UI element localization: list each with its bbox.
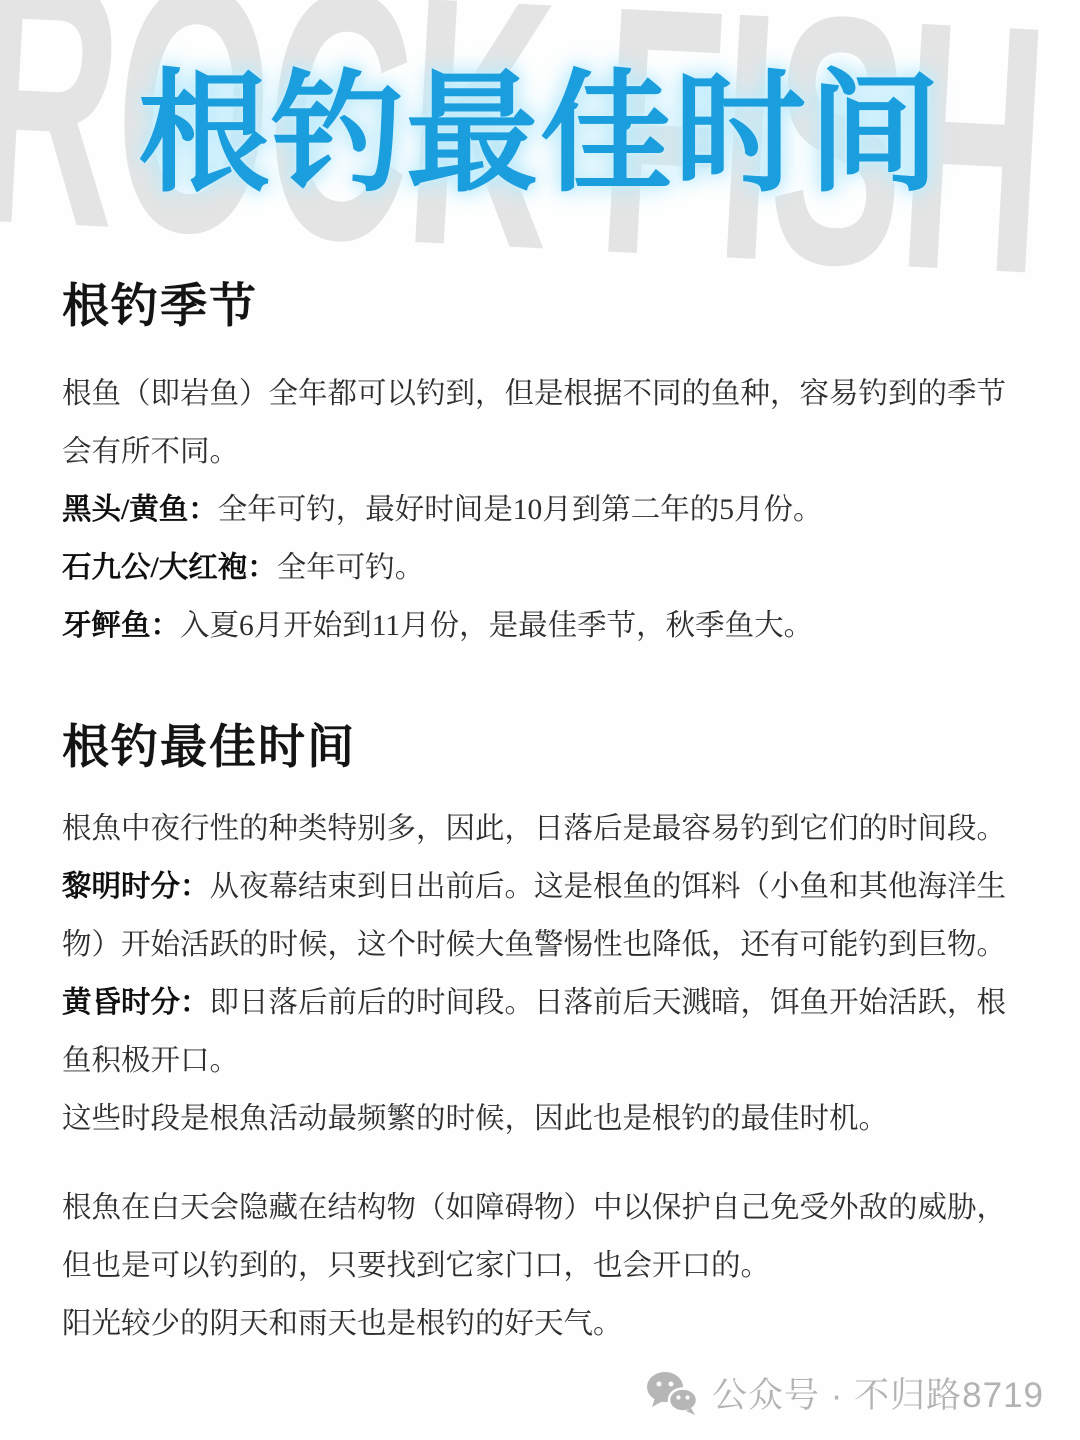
article-body: 根钓季节 根鱼（即岩鱼）全年都可以钓到，但是根据不同的鱼种，容易钓到的季节会有所… xyxy=(0,278,1080,1353)
paragraph-text: 这些时段是根魚活动最频繁的时候，因此也是根钓的最佳时机。 xyxy=(62,1103,888,1135)
paragraph-cloudy-rainy: 阳光较少的阴天和雨天也是根钓的好天气。 xyxy=(62,1295,1012,1353)
paragraph-dawn: 黎明时分：从夜幕结束到日出前后。这是根鱼的饵料（小鱼和其他海洋生物）开始活跃的时… xyxy=(62,858,1012,974)
paragraph-text: 阳光较少的阴天和雨天也是根钓的好天气。 xyxy=(62,1308,623,1340)
paragraph-label: 石九公/大红袍： xyxy=(62,552,277,584)
paragraph-flounder: 牙鲆鱼：入夏6月开始到11月份，是最佳季节，秋季鱼大。 xyxy=(62,597,1012,655)
paragraph-label: 黑头/黄鱼： xyxy=(62,494,218,526)
paragraph-blackhead-yellowfish: 黑头/黄鱼：全年可钓，最好时间是10月到第二年的5月份。 xyxy=(62,481,1012,539)
paragraph-text: 全年可钓，最好时间是10月到第二年的5月份。 xyxy=(218,494,823,526)
section-heading-best-time: 根钓最佳时间 xyxy=(62,719,1018,778)
wechat-icon xyxy=(646,1371,698,1415)
section-heading-season: 根钓季节 xyxy=(62,278,1018,337)
paragraph-label: 黎明时分： xyxy=(62,871,210,903)
paragraph-label: 黄昏时分： xyxy=(62,987,210,1019)
paragraph-text: 根鱼（即岩鱼）全年都可以钓到，但是根据不同的鱼种，容易钓到的季节会有所不同。 xyxy=(62,378,1006,468)
paragraph-best-moment: 这些时段是根魚活动最频繁的时候，因此也是根钓的最佳时机。 xyxy=(62,1090,1012,1148)
paragraph-text: 根魚在白天会隐藏在结构物（如障碍物）中以保护自己免受外敌的威胁，但也是可以钓到的… xyxy=(62,1192,1006,1282)
paragraph-label: 牙鲆鱼： xyxy=(62,610,180,642)
paragraph-dusk: 黄昏时分：即日落后前后的时间段。日落前后天溅暗，饵鱼开始活跃，根鱼积极开口。 xyxy=(62,974,1012,1090)
wechat-account-label: 公众号 · 不归路8719 xyxy=(712,1368,1044,1418)
paragraph-text: 根魚中夜行性的种类特别多，因此，日落后是最容易钓到它们的时间段。 xyxy=(62,813,1006,845)
hero-banner: ROCK FISH 根钓最佳时间 xyxy=(0,0,1080,252)
paragraph-shijiugong-dahongpao: 石九公/大红袍：全年可钓。 xyxy=(62,539,1012,597)
paragraph-text: 全年可钓。 xyxy=(277,552,425,584)
paragraph-season-intro: 根鱼（即岩鱼）全年都可以钓到，但是根据不同的鱼种，容易钓到的季节会有所不同。 xyxy=(62,365,1012,481)
wechat-account-footer: 公众号 · 不归路8719 xyxy=(646,1368,1044,1418)
paragraph-nocturnal-intro: 根魚中夜行性的种类特别多，因此，日落后是最容易钓到它们的时间段。 xyxy=(62,800,1012,858)
article-poster: ROCK FISH 根钓最佳时间 根钓季节 根鱼（即岩鱼）全年都可以钓到，但是根… xyxy=(0,0,1080,1440)
paragraph-text: 入夏6月开始到11月份，是最佳季节，秋季鱼大。 xyxy=(180,610,813,642)
page-title: 根钓最佳时间 xyxy=(0,58,1080,210)
paragraph-daytime-hiding: 根魚在白天会隐藏在结构物（如障碍物）中以保护自己免受外敌的威胁，但也是可以钓到的… xyxy=(62,1179,1012,1295)
